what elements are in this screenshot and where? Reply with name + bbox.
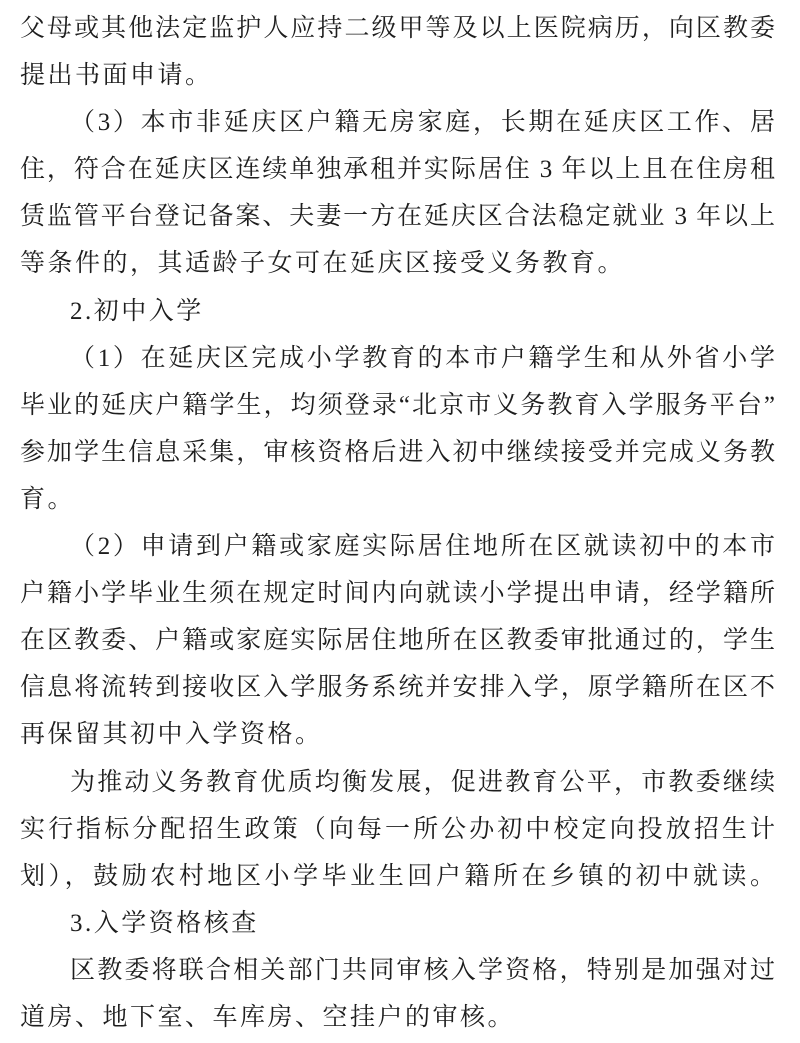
text-line: 实行指标分配招生政策（向每一所公办初中校定向投放招生计	[20, 806, 776, 853]
document-page: 父母或其他法定监护人应持二级甲等及以上医院病历，向区教委 提出书面申请。 （3）…	[0, 0, 800, 1043]
text-line: 赁监管平台登记备案、夫妻一方在延庆区合法稳定就业 3 年以上	[20, 193, 776, 240]
text-line: 父母或其他法定监护人应持二级甲等及以上医院病历，向区教委	[20, 5, 776, 52]
text-line: （3）本市非延庆区户籍无房家庭，长期在延庆区工作、居	[20, 99, 776, 146]
text-line: （1）在延庆区完成小学教育的本市户籍学生和从外省小学	[20, 335, 776, 382]
text-line: 区教委将联合相关部门共同审核入学资格，特别是加强对过	[20, 947, 776, 994]
text-line: （2）申请到户籍或家庭实际居住地所在区就读初中的本市	[20, 523, 776, 570]
text-line: 参加学生信息采集，审核资格后进入初中继续接受并完成义务教	[20, 429, 776, 476]
section-heading: 3.入学资格核查	[20, 900, 776, 947]
text-line: 毕业的延庆户籍学生，均须登录“北京市义务教育入学服务平台”	[20, 382, 776, 429]
text-line: 再保留其初中入学资格。	[20, 711, 776, 758]
text-line: 道房、地下室、车库房、空挂户的审核。	[20, 994, 776, 1041]
text-line: 在区教委、户籍或家庭实际居住地所在区教委审批通过的，学生	[20, 617, 776, 664]
text-line: 等条件的，其适龄子女可在延庆区接受义务教育。	[20, 240, 776, 287]
text-line: 信息将流转到接收区入学服务系统并安排入学，原学籍所在区不	[20, 664, 776, 711]
text-line: 提出书面申请。	[20, 52, 776, 99]
section-heading: 2.初中入学	[20, 288, 776, 335]
text-line: 育。	[20, 476, 776, 523]
text-line: 为推动义务教育优质均衡发展，促进教育公平，市教委继续	[20, 759, 776, 806]
text-line: 户籍小学毕业生须在规定时间内向就读小学提出申请，经学籍所	[20, 570, 776, 617]
text-line: 划），鼓励农村地区小学毕业生回户籍所在乡镇的初中就读。	[20, 853, 776, 900]
text-line: 住，符合在延庆区连续单独承租并实际居住 3 年以上且在住房租	[20, 146, 776, 193]
